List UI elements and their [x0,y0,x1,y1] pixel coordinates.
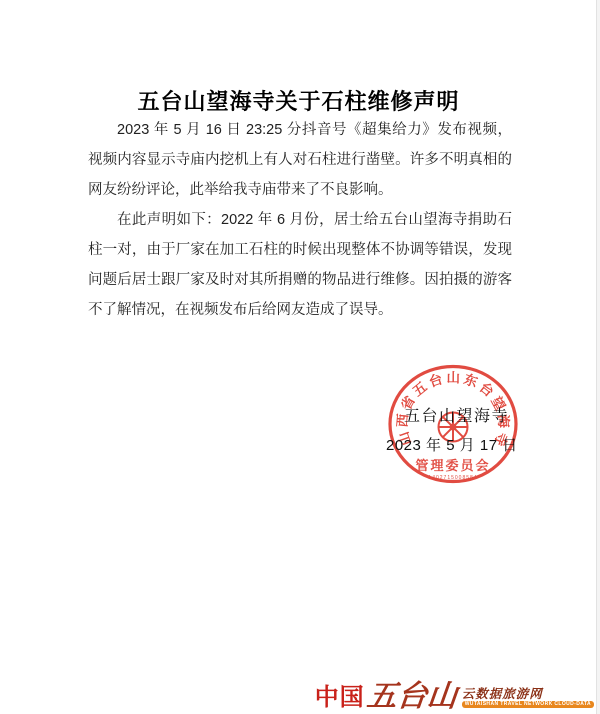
statement-body: 2023 年 5 月 16 日 23:25 分抖音号《超集给力》发布视频，视频内… [88,115,512,325]
logo-brand-text: 五台山 [365,683,458,710]
signature-date: 2023 年 5 月 17 日 [386,434,518,455]
paragraph-clarification: 在此声明如下：2022 年 6 月份，居士给五台山望海寺捐助石柱一对，由于厂家在… [88,205,512,325]
logo-right-block: 云数据旅游网 WUTAISHAN TRAVEL NETWORK CLOUD-DA… [462,688,594,711]
logo-prefix-text: 中国 [315,686,365,710]
paragraph-video-incident: 2023 年 5 月 16 日 23:25 分抖音号《超集给力》发布视频，视频内… [88,115,512,205]
wutaishan-travel-logo: 中国 五台山 云数据旅游网 WUTAISHAN TRAVEL NETWORK C… [315,683,594,710]
statement-page: 五台山望海寺关于石柱维修声明 2023 年 5 月 16 日 23:25 分抖音… [0,0,600,714]
logo-tagline-banner: WUTAISHAN TRAVEL NETWORK CLOUD-DATA [462,701,594,708]
scrollbar-track[interactable] [596,0,600,714]
seal-code: 1402715008584 [428,475,477,481]
signature-name: 五台山望海寺 [404,403,509,426]
logo-suffix-text: 云数据旅游网 [462,688,543,701]
seal-bottom-text: 管理委员会 [415,458,490,473]
page-title: 五台山望海寺关于石柱维修声明 [0,85,597,116]
